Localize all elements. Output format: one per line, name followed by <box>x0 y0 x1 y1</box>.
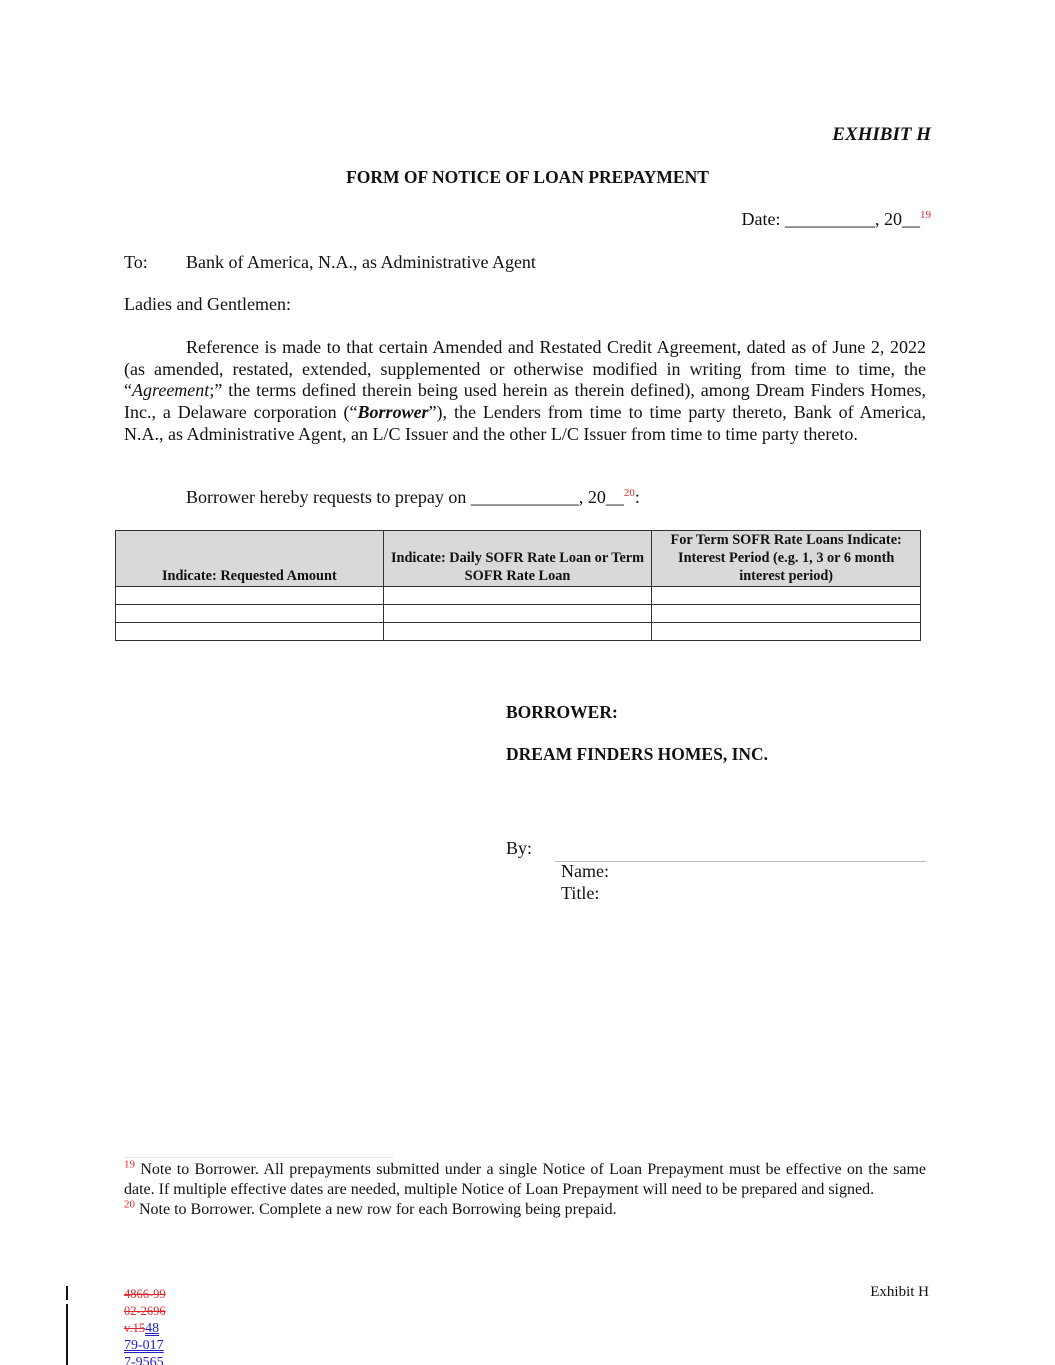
doc-id-deleted: 4866-99 <box>124 1287 166 1301</box>
signature-by-label: By: <box>506 838 532 859</box>
cell-requested-amount[interactable] <box>116 587 384 605</box>
agreement-term: Agreement <box>132 380 209 400</box>
doc-id-deleted: 02-2696 <box>124 1304 166 1318</box>
cell-rate-type[interactable] <box>383 587 652 605</box>
table-header-row: Indicate: Requested Amount Indicate: Dai… <box>116 531 921 587</box>
date-line: Date: __________, 20__19 <box>742 209 931 230</box>
doc-id-line: 7-9565 <box>124 1354 166 1365</box>
to-value: Bank of America, N.A., as Administrative… <box>186 252 536 272</box>
footnote-number: 19 <box>124 1159 135 1171</box>
footnote-19: 19 Note to Borrower. All prepayments sub… <box>124 1160 926 1200</box>
change-bar <box>66 1286 68 1300</box>
to-label: To: <box>124 252 186 273</box>
doc-id-deleted: v.15 <box>124 1321 145 1335</box>
footnote-ref-19[interactable]: 19 <box>920 209 931 221</box>
exhibit-label: EXHIBIT H <box>832 124 931 146</box>
prepay-request: Borrower hereby requests to prepay on __… <box>186 487 640 508</box>
signature-company: DREAM FINDERS HOMES, INC. <box>506 744 768 765</box>
cell-requested-amount[interactable] <box>116 605 384 623</box>
header-interest-period: For Term SOFR Rate Loans Indicate: Inter… <box>652 531 921 587</box>
footnote-20: 20 Note to Borrower. Complete a new row … <box>124 1200 926 1220</box>
change-bar <box>66 1304 68 1365</box>
date-text: Date: __________, 20__ <box>742 209 920 229</box>
table-row <box>116 605 921 623</box>
addressee: To:Bank of America, N.A., as Administrat… <box>124 252 536 273</box>
signature-title-label: Title: <box>561 883 599 904</box>
request-suffix: : <box>635 487 640 507</box>
footnote-separator <box>124 1157 394 1158</box>
footnotes: 19 Note to Borrower. All prepayments sub… <box>124 1160 926 1220</box>
cell-interest-period[interactable] <box>652 605 921 623</box>
footnote-ref-20[interactable]: 20 <box>624 487 635 499</box>
borrower-term: Borrower <box>358 402 429 422</box>
signature-party-label: BORROWER: <box>506 702 618 723</box>
cell-rate-type[interactable] <box>383 623 652 641</box>
doc-id-line: v.1548 <box>124 1320 166 1337</box>
reference-paragraph: Reference is made to that certain Amende… <box>124 337 926 446</box>
header-requested-amount: Indicate: Requested Amount <box>116 531 384 587</box>
doc-id-line: 4866-99 <box>124 1286 166 1303</box>
document-id: 4866-99 02-2696 v.1548 79-017 7-9565 <box>124 1286 166 1365</box>
header-rate-type: Indicate: Daily SOFR Rate Loan or Term S… <box>383 531 652 587</box>
footnote-text: Note to Borrower. Complete a new row for… <box>135 1201 617 1218</box>
cell-requested-amount[interactable] <box>116 623 384 641</box>
cell-interest-period[interactable] <box>652 623 921 641</box>
doc-id-inserted: 79-017 <box>124 1338 164 1353</box>
signature-name-label: Name: <box>561 861 609 882</box>
table-row <box>116 587 921 605</box>
doc-id-inserted: 7-9565 <box>124 1355 164 1365</box>
cell-interest-period[interactable] <box>652 587 921 605</box>
signature-line[interactable] <box>555 861 926 862</box>
doc-id-line: 02-2696 <box>124 1303 166 1320</box>
page-footer-label: Exhibit H <box>870 1284 929 1301</box>
document-title: FORM OF NOTICE OF LOAN PREPAYMENT <box>0 167 1055 188</box>
footnote-number: 20 <box>124 1199 135 1211</box>
table-row <box>116 623 921 641</box>
cell-rate-type[interactable] <box>383 605 652 623</box>
salutation: Ladies and Gentlemen: <box>124 294 291 315</box>
footnote-text: Note to Borrower. All prepayments submit… <box>124 1161 926 1198</box>
prepayment-table: Indicate: Requested Amount Indicate: Dai… <box>115 530 921 641</box>
doc-id-line: 79-017 <box>124 1337 166 1354</box>
request-text: Borrower hereby requests to prepay on __… <box>186 487 624 507</box>
doc-id-inserted: 48 <box>145 1321 159 1336</box>
